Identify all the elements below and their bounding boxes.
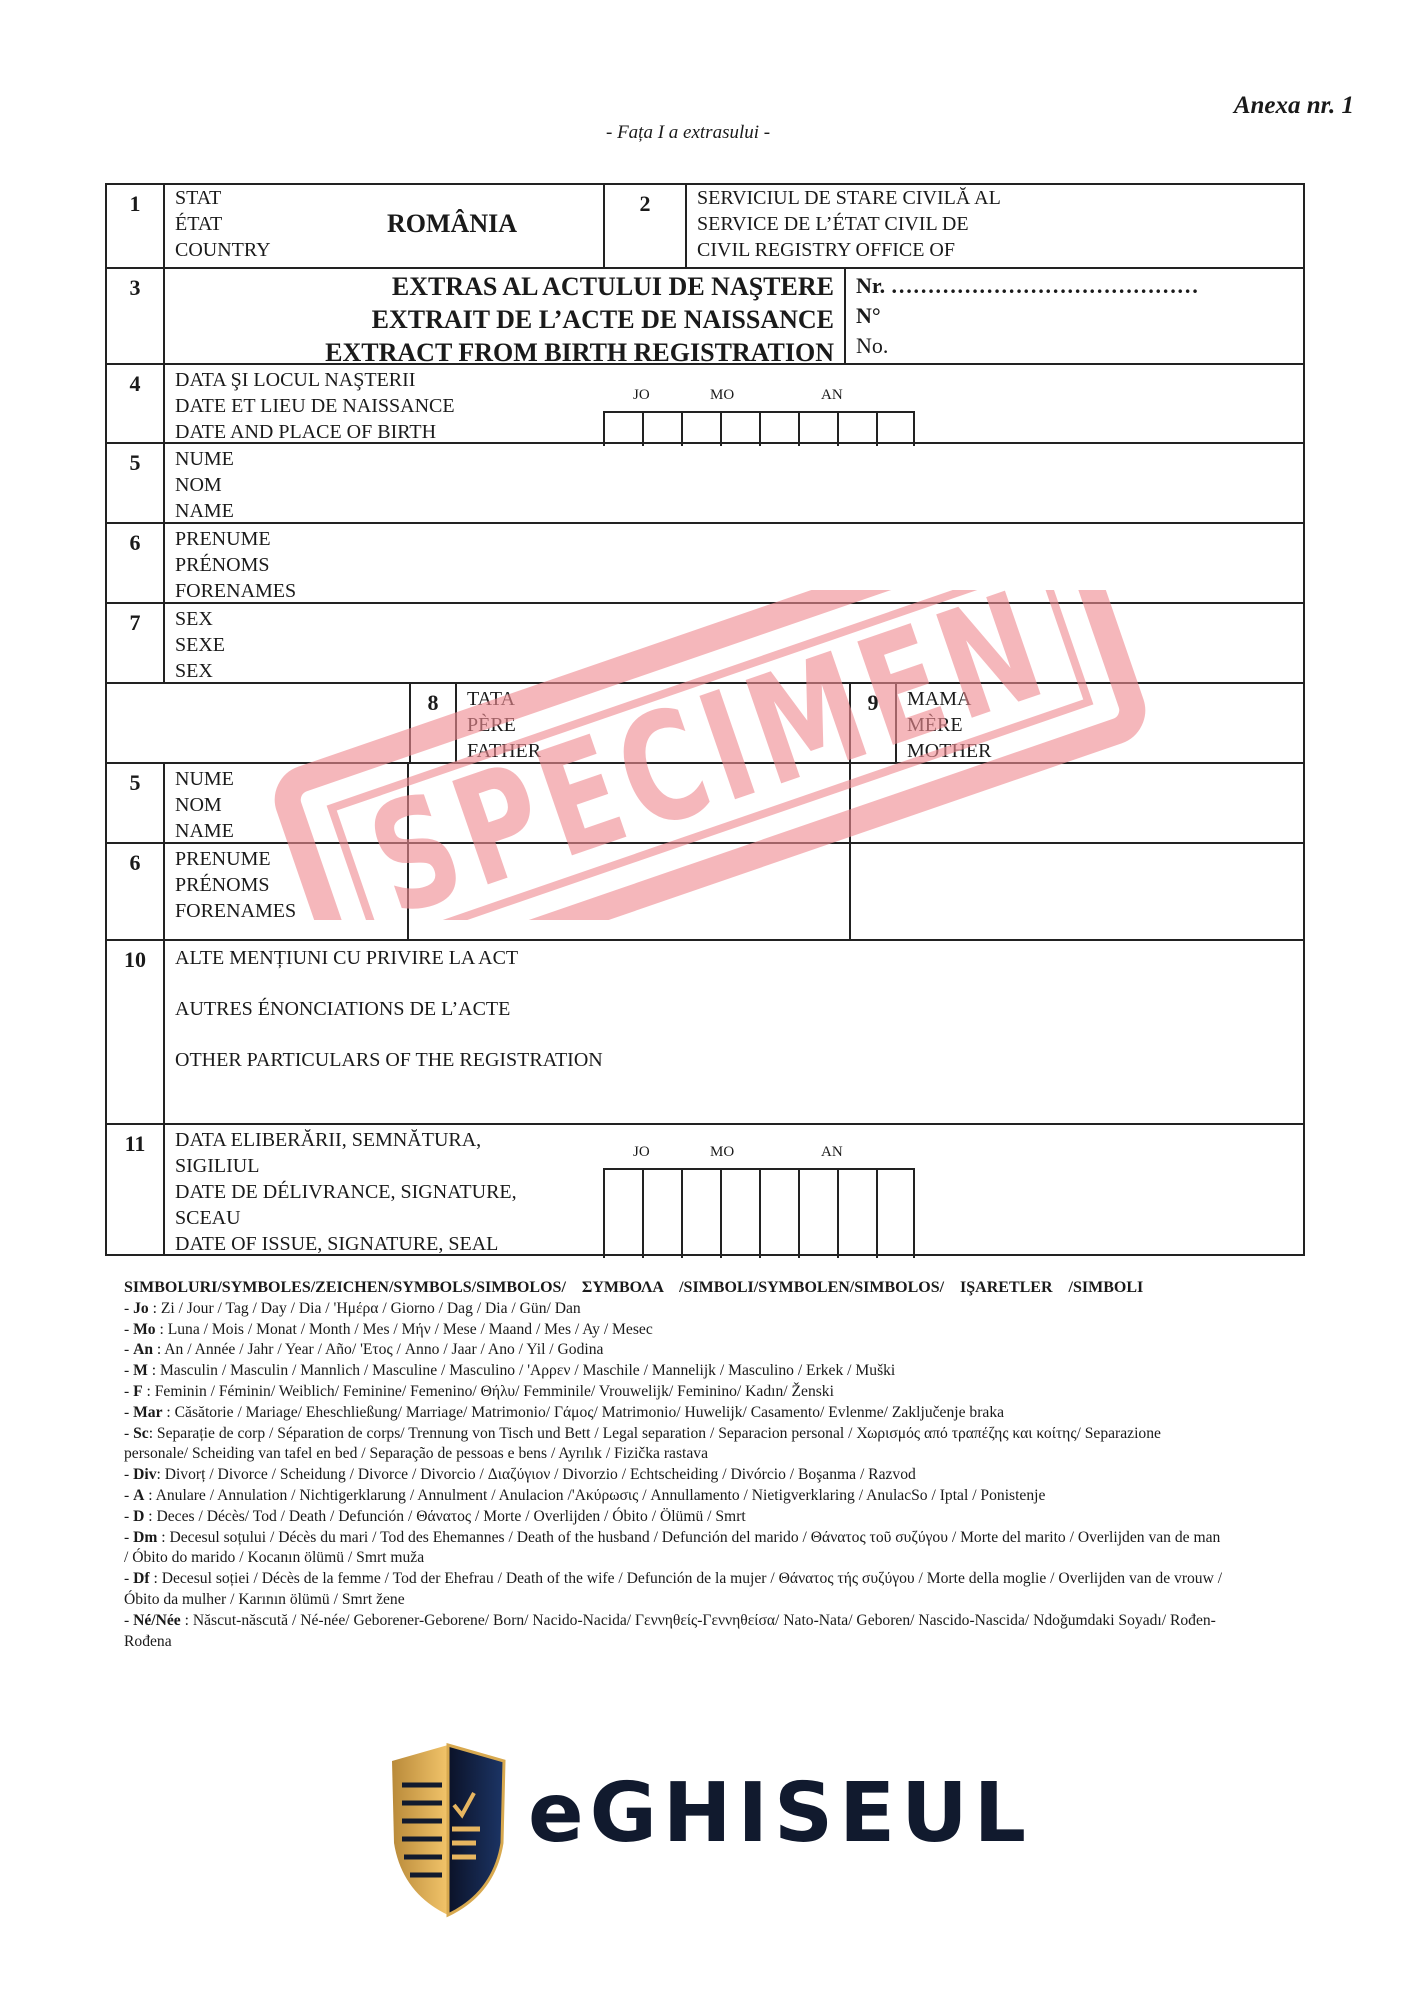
field-number: 6 [107,844,165,939]
label: NOM [175,472,234,498]
country-value: ROMÂNIA [387,209,517,239]
nr-label: No. [856,331,1199,361]
field-number: 4 [107,365,165,442]
symbol-item: - Mo : Luna / Mois / Monat / Month / Mes… [124,1320,1224,1341]
day-head: JO [633,387,650,404]
row-state-office: 1 STAT ÉTAT COUNTRY ROMÂNIA 2 SERVICIUL … [107,185,1303,267]
title-fr: EXTRAIT DE L’ACTE DE NAISSANCE [165,302,844,335]
label: SEX [175,658,225,684]
label: MOTHER [907,738,991,764]
father-forenames-field[interactable] [409,844,851,939]
birth-date-label: DATA ŞI LOCUL NAŞTERII DATE ET LIEU DE N… [165,365,465,442]
symbol-item: - Jo : Zi / Jour / Tag / Day / Dia / 'Ημ… [124,1299,1224,1320]
label: PÈRE [467,712,839,738]
nr-label: Nr. …………………………………… [856,271,1199,301]
label: FATHER [467,738,839,764]
symbol-item: - Df : Decesul soției / Décès de la femm… [124,1569,1224,1611]
label: SERVICIUL DE STARE CIVILĂ AL [697,185,1001,211]
nr-label: N° [856,301,1199,331]
field-number: 11 [107,1125,165,1254]
symbol-item: - Sc: Separație de corp / Séparation de … [124,1424,1224,1466]
label: MAMA [907,686,991,712]
label: STAT [175,185,593,211]
title-ro: EXTRAS AL ACTULUI DE NAŞTERE [165,269,844,302]
symbol-item: - D : Deces / Décès/ Tod / Death / Defun… [124,1507,1224,1528]
row-title: 3 EXTRAS AL ACTULUI DE NAŞTERE EXTRAIT D… [107,267,1303,363]
birth-extract-form: 1 STAT ÉTAT COUNTRY ROMÂNIA 2 SERVICIUL … [105,183,1305,1256]
label: ALTE MENȚIUNI CU PRIVIRE LA ACT [175,933,603,984]
birth-date-boxes[interactable]: JO MO AN [603,411,915,446]
label: SERVICE DE L’ÉTAT CIVIL DE [697,211,1001,237]
label: COUNTRY [175,237,593,263]
label: DATA ŞI LOCUL NAŞTERII [175,367,455,393]
label: FORENAMES [175,578,296,604]
label: TATA [467,686,839,712]
label: NAME [175,498,234,524]
symbols-header: SIMBOLURI/SYMBOLES/ZEICHEN/SYMBOLS/SIMBO… [124,1278,1224,1299]
label: CIVIL REGISTRY OFFICE OF [697,237,1001,263]
issue-date-boxes[interactable]: JO MO AN [603,1168,915,1258]
field-number: 6 [107,524,165,602]
field-number: 1 [107,185,165,267]
annex-label: Anexa nr. 1 [1234,92,1354,120]
row-issue-date: 11 DATA ELIBERĂRII, SEMNĂTURA,SIGILIULDA… [107,1123,1303,1254]
field-number: 5 [107,444,165,522]
symbol-item: - Dm : Decesul soțului / Décès du mari /… [124,1528,1224,1570]
logo-text: eGHISEUL [528,1766,1032,1861]
label: AUTRES ÉNONCIATIONS DE L’ACTE [175,984,603,1035]
field-number: 3 [107,269,165,363]
symbol-item: - F : Feminin / Féminin/ Weiblich/ Femin… [124,1382,1224,1403]
field-number: 9 [851,684,897,762]
label: PRENUME [175,846,397,872]
row-parents-header: 8 TATAPÈREFATHER 9 MAMAMÈREMOTHER [107,682,1303,762]
label: NOM [175,792,397,818]
field-number: 8 [411,684,457,762]
label: PRENUME [175,526,296,552]
eghiseul-logo: eGHISEUL [388,1743,1032,1923]
civil-office-cell: SERVICIUL DE STARE CIVILĂ AL SERVICE DE … [687,185,1011,267]
field-number: 5 [107,764,165,842]
mother-header: MAMAMÈREMOTHER [897,684,1001,762]
day-head: JO [633,1144,650,1161]
field-number: 2 [605,185,687,267]
label: OTHER PARTICULARS OF THE REGISTRATION [175,1035,603,1086]
mother-name-field[interactable] [851,764,1303,842]
shield-icon [388,1743,508,1923]
label: SEX [175,606,225,632]
year-head: AN [821,1144,843,1161]
label: PRÉNOMS [175,872,397,898]
label: NUME [175,766,397,792]
field-number: 10 [107,941,165,1123]
symbol-item: - An : An / Année / Jahr / Year / Año/ '… [124,1340,1224,1361]
field-number: 7 [107,604,165,682]
label: DATE ET LIEU DE NAISSANCE [175,393,455,419]
document-title: EXTRAS AL ACTULUI DE NAŞTERE EXTRAIT DE … [165,269,846,363]
state-cell: STAT ÉTAT COUNTRY ROMÂNIA [165,185,605,267]
blank-cell [107,684,411,762]
symbol-item: - A : Anulare / Annulation / Nichtigerkl… [124,1486,1224,1507]
label: NUME [175,446,234,472]
label: DATE OF ISSUE, SIGNATURE, SEAL [175,1231,517,1257]
page-face-label: - Fața I a extrasului - [606,122,770,144]
row-name: 5 NUMENOMNAME [107,442,1303,522]
row-forenames: 6 PRENUMEPRÉNOMSFORENAMES [107,522,1303,602]
father-name-field[interactable] [409,764,851,842]
symbols-legend: SIMBOLURI/SYMBOLES/ZEICHEN/SYMBOLS/SIMBO… [124,1278,1224,1652]
row-other-particulars: 10 ALTE MENȚIUNI CU PRIVIRE LA ACTAUTRES… [107,939,1303,1123]
mother-forenames-field[interactable] [851,844,1303,939]
symbol-item: - Div: Divorț / Divorce / Scheidung / Di… [124,1465,1224,1486]
registration-number-field[interactable]: Nr. …………………………………… N° No. [846,269,1209,363]
row-parents-name: 5 NUMENOMNAME [107,762,1303,842]
label: ÉTAT [175,211,593,237]
label: DATE DE DÉLIVRANCE, SIGNATURE, [175,1179,517,1205]
month-head: MO [710,1144,734,1161]
month-head: MO [710,387,734,404]
symbol-item: - Né/Née : Născut-născută / Né-née/ Gebo… [124,1611,1224,1653]
row-parents-forenames: 6 PRENUMEPRÉNOMSFORENAMES [107,842,1303,939]
label: MÈRE [907,712,991,738]
row-birth-date-place: 4 DATA ŞI LOCUL NAŞTERII DATE ET LIEU DE… [107,363,1303,442]
label: PRÉNOMS [175,552,296,578]
label: NAME [175,818,397,844]
label: FORENAMES [175,898,397,924]
label: DATA ELIBERĂRII, SEMNĂTURA, [175,1127,517,1153]
label: SCEAU [175,1205,517,1231]
symbol-item: - M : Masculin / Masculin / Mannlich / M… [124,1361,1224,1382]
label: SEXE [175,632,225,658]
row-sex: 7 SEXSEXESEX [107,602,1303,682]
father-header: TATAPÈREFATHER [457,684,851,762]
year-head: AN [821,387,843,404]
symbol-item: - Mar : Căsătorie / Mariage/ Eheschließu… [124,1403,1224,1424]
label: SIGILIUL [175,1153,517,1179]
